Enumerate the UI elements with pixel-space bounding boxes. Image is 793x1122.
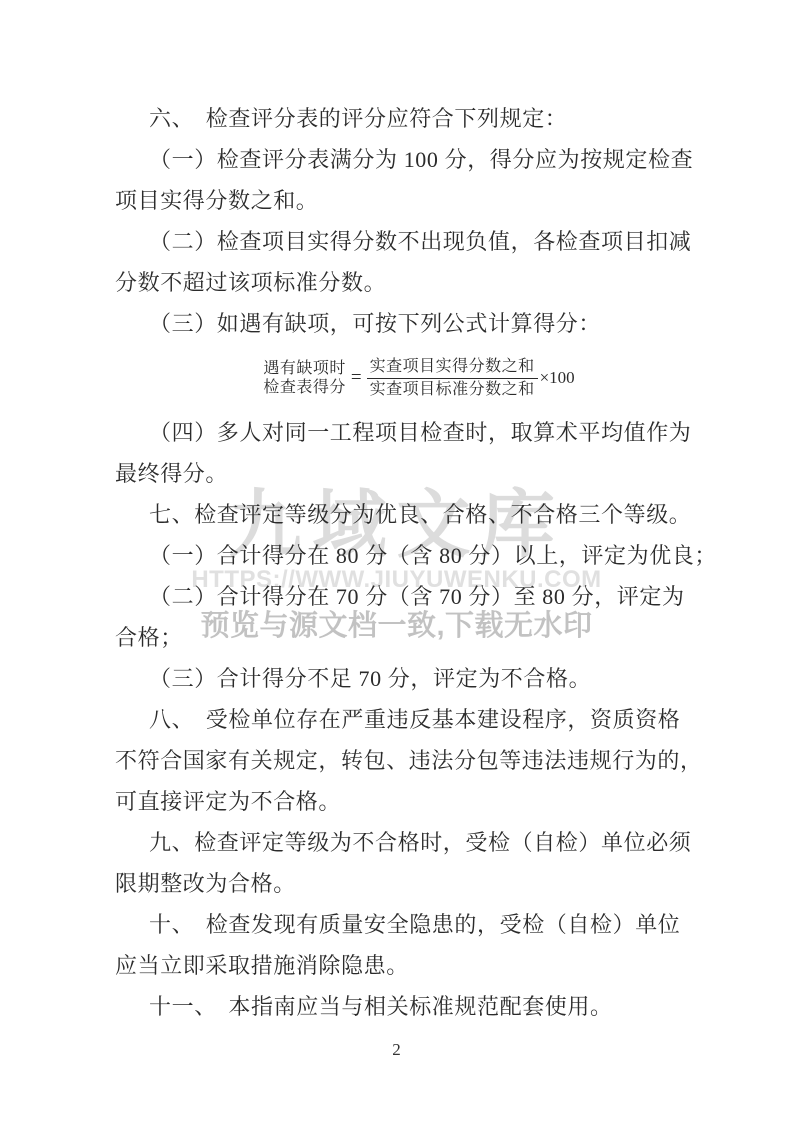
formula-numerator: 实查项目实得分数之和 bbox=[367, 358, 538, 379]
text-line: （二）合计得分在 70 分（含 70 分）至 80 分，评定为 bbox=[115, 576, 695, 617]
text-line: 八、 受检单位存在严重违反基本建设程序，资质资格 bbox=[115, 699, 695, 740]
formula-equals-sign: = bbox=[351, 367, 362, 389]
formula-fraction: 实查项目实得分数之和 实查项目标准分数之和 bbox=[367, 358, 538, 399]
formula-lhs-line2: 检查表得分 bbox=[263, 378, 346, 397]
text-line: 不符合国家有关规定，转包、违法分包等违法违规行为的， bbox=[115, 740, 695, 781]
formula-lhs: 遇有缺项时 检查表得分 bbox=[263, 359, 346, 397]
text-line: 九、检查评定等级为不合格时，受检（自检）单位必须 bbox=[115, 822, 695, 863]
text-line: 项目实得分数之和。 bbox=[115, 180, 695, 221]
text-line: 七、检查评定等级分为优良、合格、不合格三个等级。 bbox=[115, 494, 695, 535]
text-line: 分数不超过该项标准分数。 bbox=[115, 262, 695, 303]
text-line: 十、 检查发现有质量安全隐患的，受检（自检）单位 bbox=[115, 904, 695, 945]
page-number: 2 bbox=[0, 1040, 793, 1060]
paragraph-lines-bottom: （四）多人对同一工程项目检查时，取算术平均值作为最终得分。七、检查评定等级分为优… bbox=[115, 412, 695, 1027]
text-line: 应当立即采取措施消除隐患。 bbox=[115, 945, 695, 986]
text-line: （一）合计得分在 80 分（含 80 分）以上，评定为优良； bbox=[115, 535, 695, 576]
formula-multiplier: ×100 bbox=[540, 368, 575, 388]
document-body: 六、 检查评分表的评分应符合下列规定：（一）检查评分表满分为 100 分，得分应… bbox=[115, 98, 695, 1027]
score-formula: 遇有缺项时 检查表得分 = 实查项目实得分数之和 实查项目标准分数之和 ×100 bbox=[143, 344, 695, 412]
text-line: 六、 检查评分表的评分应符合下列规定： bbox=[115, 98, 695, 139]
document-page: 九域文库 HTTPS://WWW.JIUYUWENKU.COM 预览与源文档一致… bbox=[0, 0, 793, 1122]
text-line: 十一、 本指南应当与相关标准规范配套使用。 bbox=[115, 986, 695, 1027]
formula-denominator: 实查项目标准分数之和 bbox=[367, 379, 538, 399]
text-line: （三）合计得分不足 70 分，评定为不合格。 bbox=[115, 658, 695, 699]
text-line: （一）检查评分表满分为 100 分，得分应为按规定检查 bbox=[115, 139, 695, 180]
text-line: （四）多人对同一工程项目检查时，取算术平均值作为 bbox=[115, 412, 695, 453]
paragraph-lines-top: 六、 检查评分表的评分应符合下列规定：（一）检查评分表满分为 100 分，得分应… bbox=[115, 98, 695, 344]
text-line: （二）检查项目实得分数不出现负值，各检查项目扣减 bbox=[115, 221, 695, 262]
text-line: 最终得分。 bbox=[115, 453, 695, 494]
text-line: 限期整改为合格。 bbox=[115, 863, 695, 904]
text-line: 合格； bbox=[115, 617, 695, 658]
text-line: 可直接评定为不合格。 bbox=[115, 781, 695, 822]
text-line: （三）如遇有缺项，可按下列公式计算得分： bbox=[115, 303, 695, 344]
formula-lhs-line1: 遇有缺项时 bbox=[263, 359, 346, 378]
